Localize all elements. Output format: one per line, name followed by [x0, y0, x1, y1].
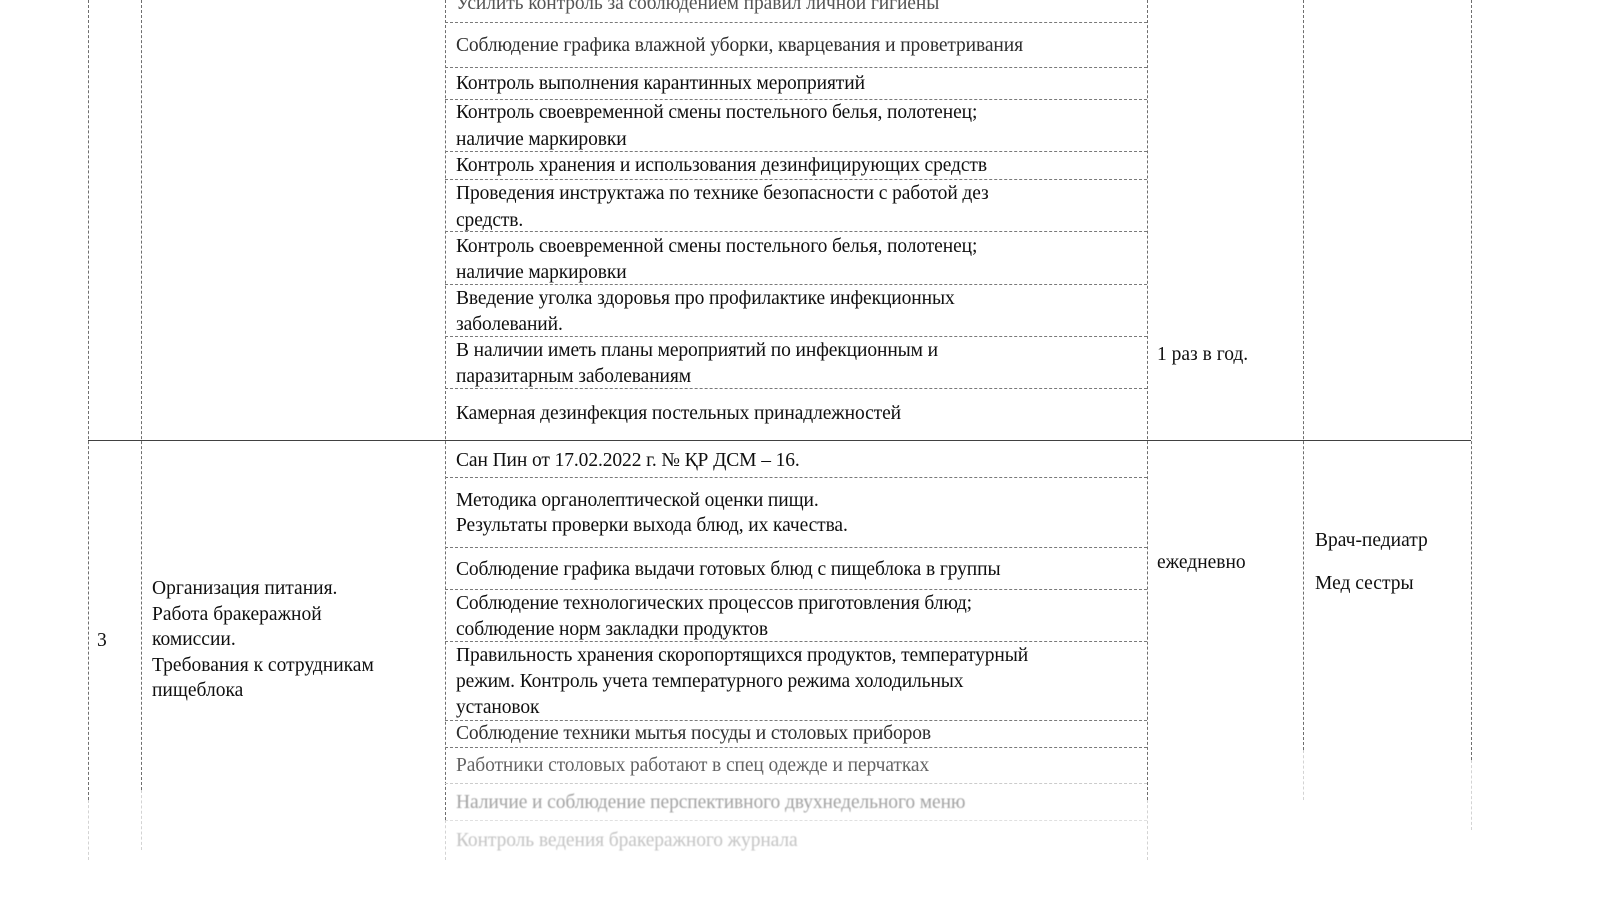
- row-divider: [445, 589, 1147, 590]
- measure-item: средств.: [456, 208, 523, 234]
- measure-item: Работники столовых работают в спец одежд…: [456, 753, 929, 779]
- measure-item: Соблюдение техники мытья посуды и столов…: [456, 721, 931, 747]
- measure-item: паразитарным заболеваниям: [456, 364, 691, 390]
- responsible-person: Мед сестры: [1315, 571, 1414, 597]
- measure-item: Введение уголка здоровья про профилактик…: [456, 286, 955, 312]
- responsible-person: Врач-педиатр: [1315, 528, 1428, 554]
- table-border-right: [1471, 0, 1472, 760]
- measure-item: Камерная дезинфекция постельных принадле…: [456, 401, 901, 427]
- row-divider: [445, 179, 1147, 180]
- column-divider-measures-faded: [1147, 800, 1148, 860]
- section-title-line: комиссии.: [152, 627, 374, 653]
- measure-item: Наличие и соблюдение перспективного двух…: [456, 790, 965, 816]
- column-divider-measures: [1147, 0, 1148, 800]
- period-section-3: ежедневно: [1157, 550, 1246, 576]
- period-section-2: 1 раз в год.: [1157, 342, 1248, 368]
- row-divider: [445, 67, 1147, 68]
- section-divider: [88, 440, 1471, 441]
- measure-item: Усилить контроль за соблюдением правил л…: [456, 0, 939, 17]
- measure-item: наличие маркировки: [456, 127, 627, 153]
- measure-item: Контроль ведения бракеражного журнала: [456, 828, 798, 854]
- row-divider: [445, 747, 1147, 748]
- measure-item: Соблюдение графика выдачи готовых блюд с…: [456, 557, 1000, 583]
- row-number: 3: [97, 628, 107, 654]
- measure-item: Соблюдение графика влажной уборки, кварц…: [456, 33, 1023, 59]
- section-title-line: пищеблока: [152, 678, 374, 704]
- row-divider: [445, 22, 1147, 23]
- column-divider-number: [141, 0, 142, 790]
- measure-item: Результаты проверки выхода блюд, их каче…: [456, 513, 848, 539]
- measure-item: Контроль выполнения карантинных мероприя…: [456, 71, 865, 97]
- document-page: Усилить контроль за соблюдением правил л…: [0, 0, 1600, 900]
- measure-item: установок: [456, 695, 539, 721]
- column-divider-section-faded: [445, 820, 446, 860]
- section-title: Организация питания. Работа бракеражной …: [152, 576, 374, 704]
- table-border-right-faded: [1471, 760, 1472, 830]
- column-divider-section: [445, 0, 446, 820]
- row-divider: [445, 477, 1147, 478]
- column-divider-number-faded: [141, 790, 142, 850]
- row-divider: [445, 547, 1147, 548]
- measure-item: заболеваний.: [456, 312, 563, 338]
- column-divider-period-faded: [1303, 750, 1304, 800]
- section-title-line: Организация питания.: [152, 576, 374, 602]
- measure-item: В наличии иметь планы мероприятий по инф…: [456, 338, 938, 364]
- measure-item: Соблюдение технологических процессов при…: [456, 591, 972, 617]
- section-title-line: Требования к сотрудникам: [152, 653, 374, 679]
- row-divider: [445, 231, 1147, 232]
- measure-item: Проведения инструктажа по технике безопа…: [456, 181, 989, 207]
- measure-item: Сан Пин от 17.02.2022 г. № ҚР ДСМ – 16.: [456, 448, 800, 474]
- measure-item: Контроль хранения и использования дезинф…: [456, 153, 987, 179]
- measure-item: соблюдение норм закладки продуктов: [456, 617, 768, 643]
- measure-item: Контроль своевременной смены постельного…: [456, 100, 977, 126]
- measure-item: Правильность хранения скоропортящихся пр…: [456, 643, 1028, 669]
- measure-item: Контроль своевременной смены постельного…: [456, 234, 977, 260]
- row-divider: [445, 820, 1147, 821]
- measure-item: режим. Контроль учета температурного реж…: [456, 669, 963, 695]
- table-border-left-faded: [88, 800, 89, 860]
- measure-item: Методика органолептической оценки пищи.: [456, 488, 819, 514]
- row-divider: [445, 783, 1147, 784]
- section-title-line: Работа бракеражной: [152, 602, 374, 628]
- table-border-left: [88, 0, 89, 800]
- column-divider-period: [1303, 0, 1304, 750]
- measure-item: наличие маркировки: [456, 260, 627, 286]
